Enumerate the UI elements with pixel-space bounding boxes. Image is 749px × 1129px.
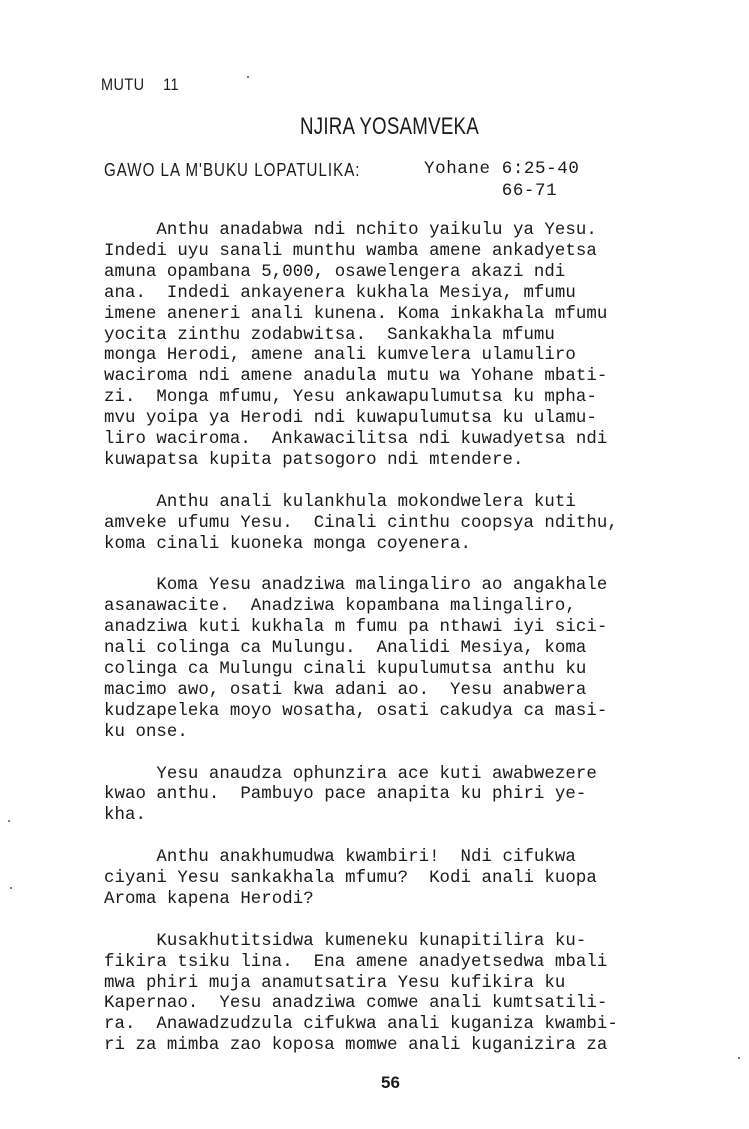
paragraph: Anthu anakhumudwa kwambiri! Ndi cifukwac…: [104, 848, 724, 911]
text-line: ri za mimba zao koposa momwe anali kugan…: [104, 1036, 724, 1057]
paragraph: Yesu anaudza ophunzira ace kuti awabweze…: [104, 765, 724, 828]
text-line: anadziwa kuti kukhala m fumu pa nthawi i…: [104, 618, 724, 639]
running-head: MUTU11: [101, 75, 179, 95]
paragraph: Kusakhutitsidwa kumeneku kunapitilira ku…: [104, 932, 724, 1057]
text-line: liro waciroma. Ankawacilitsa ndi kuwadye…: [104, 430, 724, 451]
book-page: MUTU11 NJIRA YOSAMVEKA GAWO LA M'BUKU LO…: [0, 0, 749, 1129]
text-line: monga Herodi, amene anali kumvelera ulam…: [104, 346, 724, 367]
text-line: kha.: [104, 806, 724, 827]
scripture-reading-label: GAWO LA M'BUKU LOPATULIKA:: [104, 160, 361, 181]
text-line: Anthu anakhumudwa kwambiri! Ndi cifukwa: [104, 848, 724, 869]
text-line: ku onse.: [104, 723, 724, 744]
paragraph: Koma Yesu anadziwa malingaliro ao angakh…: [104, 576, 724, 743]
text-line: Anthu anadabwa ndi nchito yaikulu ya Yes…: [104, 221, 724, 242]
chapter-title: NJIRA YOSAMVEKA: [300, 113, 479, 141]
chapter-number: 11: [163, 75, 179, 94]
text-line: ciyani Yesu sankakhala mfumu? Kodi anali…: [104, 869, 724, 890]
text-line: mvu yoipa ya Herodi ndi kuwapulumutsa ku…: [104, 409, 724, 430]
text-line: Koma Yesu anadziwa malingaliro ao angakh…: [104, 576, 724, 597]
scan-speck: [8, 820, 10, 822]
text-line: Aroma kapena Herodi?: [104, 890, 724, 911]
text-line: Anthu anali kulankhula mokondwelera kuti: [104, 493, 724, 514]
text-line: yocita zinthu zodabwitsa. Sankakhala mfu…: [104, 326, 724, 347]
text-line: waciroma ndi amene anadula mutu wa Yohan…: [104, 367, 724, 388]
text-line: amuna opambana 5,000, osawelengera akazi…: [104, 263, 724, 284]
text-line: imene aneneri anali kunena. Koma inkakha…: [104, 305, 724, 326]
text-line: nali colinga ca Mulungu. Analidi Mesiya,…: [104, 639, 724, 660]
text-line: Indedi uyu sanali munthu wamba amene ank…: [104, 242, 724, 263]
running-head-label: MUTU: [101, 75, 144, 94]
text-line: fikira tsiku lina. Ena amene anadyetsedw…: [104, 953, 724, 974]
text-line: ana. Indedi ankayenera kukhala Mesiya, m…: [104, 284, 724, 305]
text-line: colinga ca Mulungu cinali kupulumutsa an…: [104, 660, 724, 681]
scan-speck: [738, 1057, 740, 1059]
body-text: Anthu anadabwa ndi nchito yaikulu ya Yes…: [104, 221, 724, 1078]
page-number: 56: [381, 1073, 400, 1093]
text-line: kuwapatsa kupita patsogoro ndi mtendere.: [104, 451, 724, 472]
text-line: Kapernao. Yesu anadziwa comwe anali kumt…: [104, 994, 724, 1015]
text-line: koma cinali kuoneka monga coyenera.: [104, 535, 724, 556]
text-line: kwao anthu. Pambuyo pace anapita ku phir…: [104, 785, 724, 806]
paragraph: Anthu anadabwa ndi nchito yaikulu ya Yes…: [104, 221, 724, 472]
text-line: mwa phiri muja anamutsatira Yesu kufikir…: [104, 974, 724, 995]
text-line: amveke ufumu Yesu. Cinali cinthu coopsya…: [104, 514, 724, 535]
scan-speck: [247, 76, 249, 78]
text-line: asanawacite. Anadziwa kopambana malingal…: [104, 597, 724, 618]
scripture-reading-references: Yohane 6:25-40 66-71: [424, 158, 579, 202]
text-line: Yesu anaudza ophunzira ace kuti awabweze…: [104, 765, 724, 786]
text-line: ra. Anawadzudzula cifukwa anali kuganiza…: [104, 1015, 724, 1036]
text-line: Kusakhutitsidwa kumeneku kunapitilira ku…: [104, 932, 724, 953]
paragraph: Anthu anali kulankhula mokondwelera kuti…: [104, 493, 724, 556]
text-line: zi. Monga mfumu, Yesu ankawapulumutsa ku…: [104, 388, 724, 409]
text-line: kudzapeleka moyo wosatha, osati cakudya …: [104, 702, 724, 723]
scan-speck: [10, 887, 12, 889]
text-line: macimo awo, osati kwa adani ao. Yesu ana…: [104, 681, 724, 702]
